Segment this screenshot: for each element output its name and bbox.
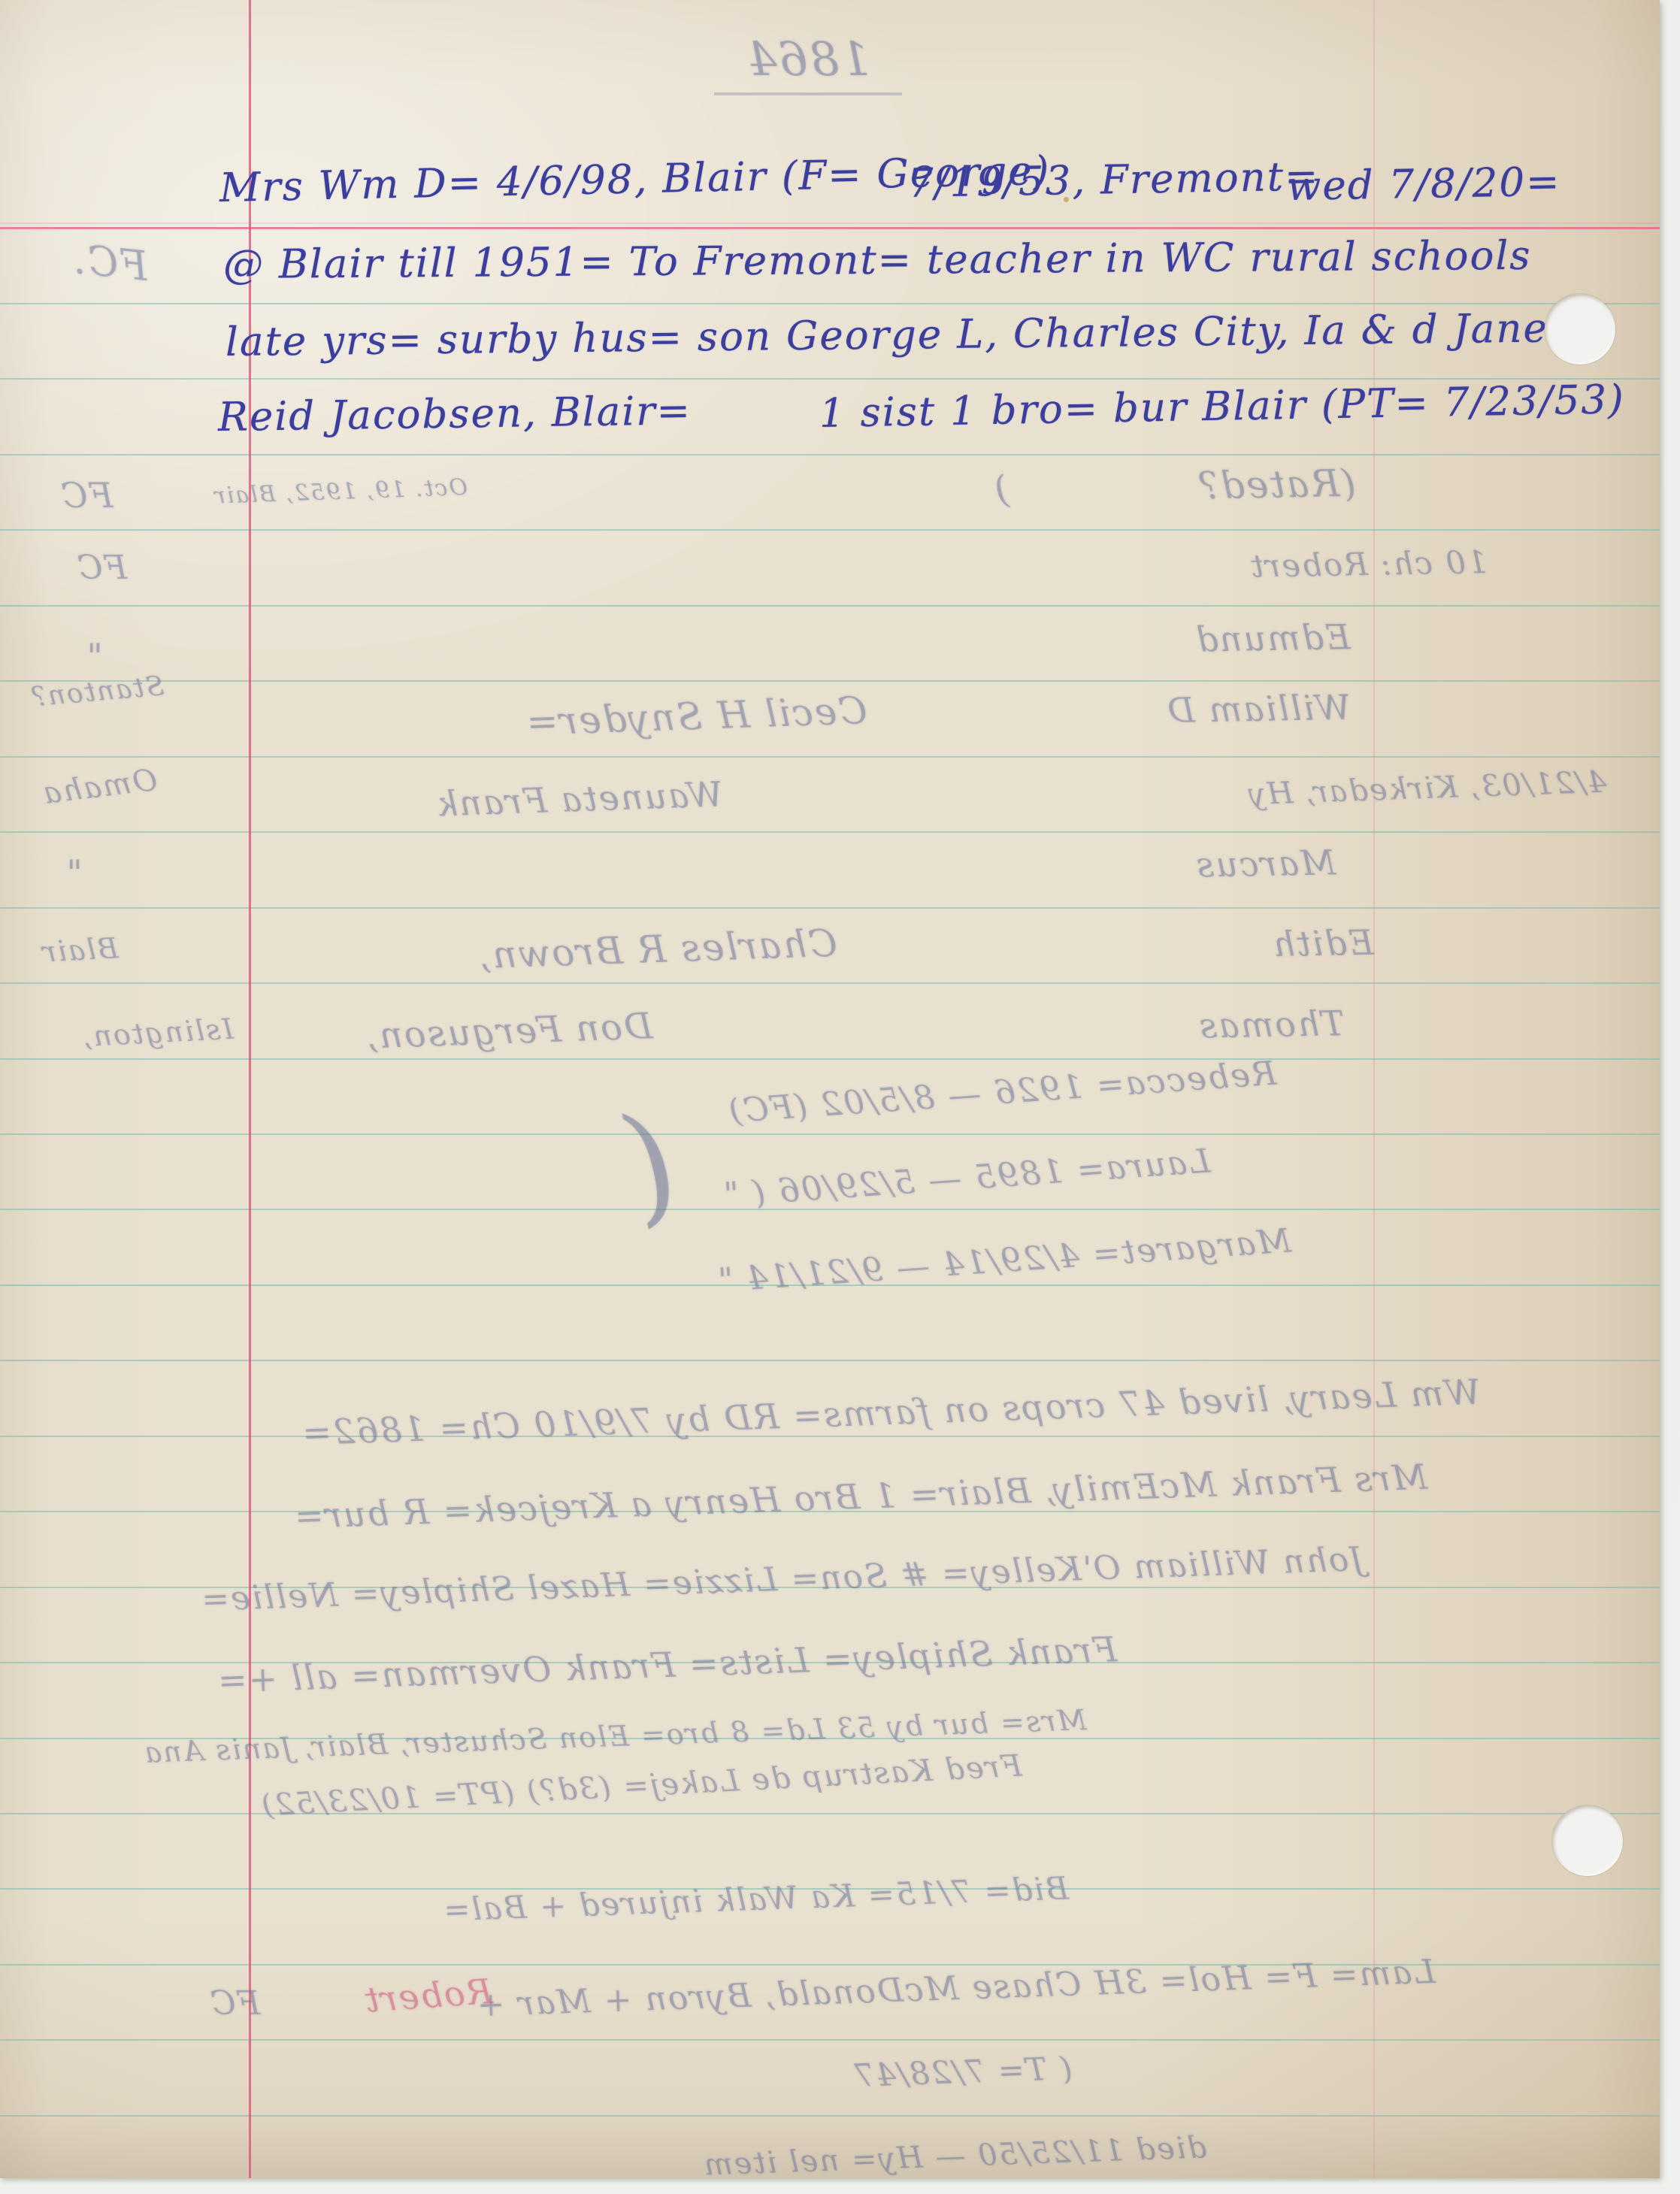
bleedthrough-text: Marcus <box>1170 842 1362 885</box>
bleedthrough-text: Wm Leary, lived 47 crops on farms= RD by… <box>154 1366 1628 1458</box>
handwriting-segment: 7/19/53, Fremont= <box>907 153 1319 207</box>
handwriting-segment: 1 sist 1 bro= bur Blair (PT= 7/23/53) <box>819 377 1625 437</box>
bleedthrough-text: Mrs Frank McEmily, Blair= 1 Bro Henry a … <box>114 1450 1607 1542</box>
bleedthrough-text: Blair <box>26 931 133 969</box>
bleedthrough-text: Islington, <box>53 1011 262 1055</box>
handwriting-segment: Reid Jacobsen, Blair= <box>218 388 692 440</box>
bleedthrough-text: FC. <box>44 232 177 292</box>
handwriting-segment: wed 7/8/20= <box>1286 159 1561 210</box>
bleedthrough-text: Bid= 7/15= Ka Walk injured + Bal= <box>405 1869 1105 1929</box>
bleedthrough-text: FC <box>60 549 143 587</box>
scan-background: 1864FC.(Rated? )Oct. 19, 1952, BlairFC10… <box>0 0 1680 2194</box>
bleedthrough-text: 4/21/03, Kirkedar, Hy <box>1230 764 1622 813</box>
bleedthrough-text: Don Ferguson, <box>264 1002 754 1061</box>
bleedthrough-text: Edith <box>1249 921 1397 964</box>
bleedthrough-text: Charles R Brown, <box>347 917 968 982</box>
bleedthrough-text: Frank Shipley= Lists= Frank Overman= all… <box>159 1627 1174 1702</box>
bleedthrough-text: 10 ch: Robert <box>1224 543 1514 586</box>
bleedthrough-text: William D <box>1123 686 1394 731</box>
bleedthrough-text: Cecil H Snyder= <box>425 685 967 747</box>
bleedthrough-text: Wauneta Frank <box>404 773 755 825</box>
handwriting-segment: late yrs= surby hus= son George L, Charl… <box>226 305 1601 365</box>
bleedthrough-text: (Rated? ) <box>894 460 1455 513</box>
bleedthrough-text: Oct. 19, 1952, Blair <box>249 474 468 508</box>
bleedthrough-text: died 11/25/50 — Hy= nel item <box>668 2129 1240 2183</box>
bleedthrough-text: John William O'Kelley= # Son= Lizzie= Ha… <box>113 1537 1451 1622</box>
punch-hole <box>1545 294 1615 365</box>
bleedthrough-text: Edmund <box>1174 616 1372 661</box>
bleedthrough-text: " <box>71 636 117 676</box>
bleedthrough-text: Omaha <box>21 761 178 814</box>
bleedthrough-text: ( <box>614 1090 687 1241</box>
paper-speck <box>1064 197 1069 202</box>
bleedthrough-text: Rebecca= 1926 — 8/5/02 (FC) <box>644 1049 1359 1136</box>
bleedthrough-text: 1864 <box>714 32 902 95</box>
bleedthrough-text: Thomas <box>1173 1003 1370 1047</box>
bleedthrough-text: FC <box>189 1984 280 2023</box>
punch-hole <box>1552 1805 1623 1876</box>
bleedthrough-text: Fred Kastrup de Lakej= (3d?) (PT= 10/23/… <box>405 1749 1022 1816</box>
bleedthrough-text: Margaret= 4/29/14 — 9/21/14 " <box>644 1217 1363 1305</box>
bleedthrough-text: " <box>51 852 96 893</box>
bleedthrough-text: ( T= 7/28/47 <box>847 2050 1078 2095</box>
bleedthrough-text: FC <box>41 475 132 516</box>
bleedthrough-text: Laura= 1895 — 5/29/06 ( " <box>644 1136 1288 1220</box>
handwriting-segment: @ Blair till 1951= To Fremont= teacher i… <box>223 233 1532 288</box>
notebook-page: 1864FC.(Rated? )Oct. 19, 1952, BlairFC10… <box>0 0 1660 2178</box>
bleedthrough-text: Stanton? <box>8 669 187 715</box>
